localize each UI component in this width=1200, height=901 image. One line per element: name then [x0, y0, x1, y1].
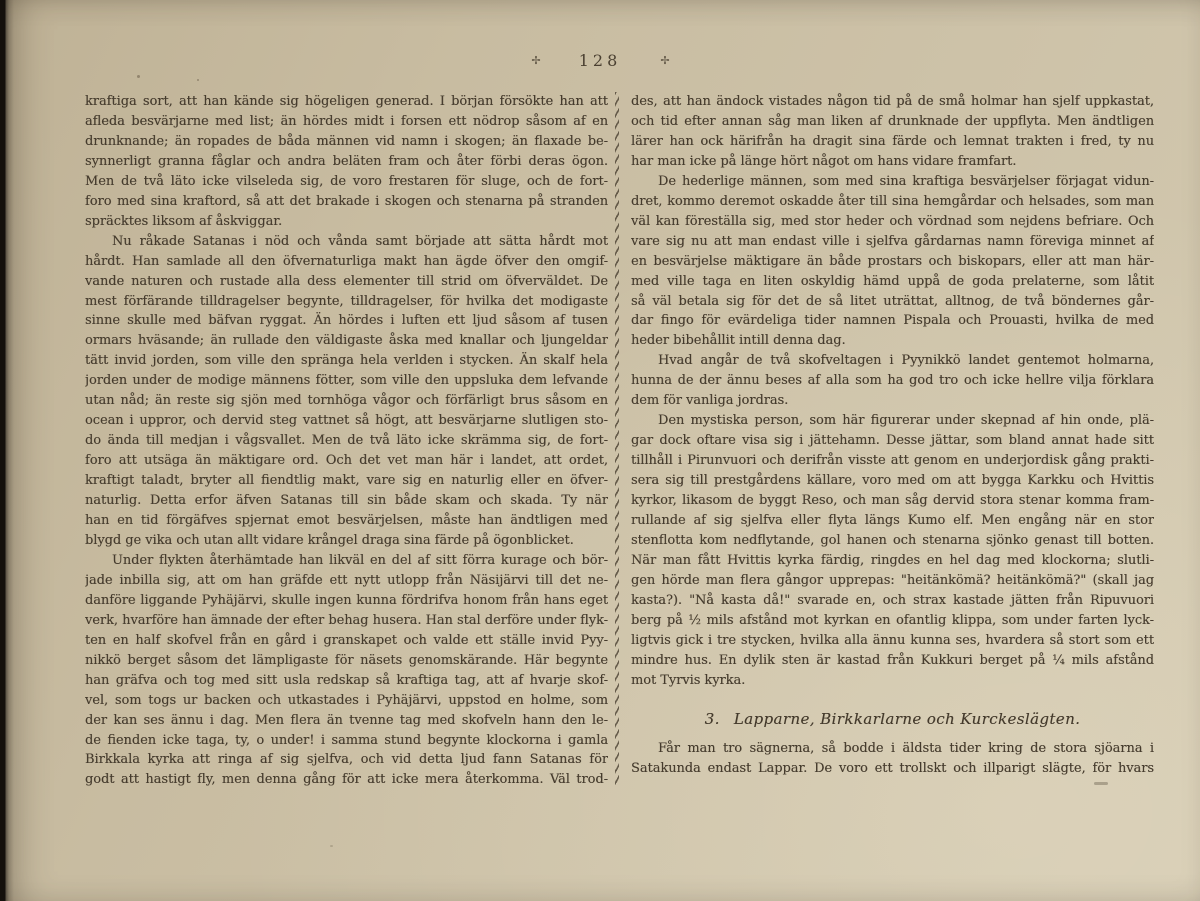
- text-line: dem för vanliga jordras.: [631, 391, 1154, 411]
- text-line: vande naturen och rustade alla dess elem…: [85, 272, 608, 292]
- text-line: väl kan föreställa sig, med stor heder o…: [631, 212, 1154, 232]
- text-line: Birkkala kyrka att ringa af sig sjelfva,…: [85, 750, 608, 770]
- text-line: har man icke på länge hört något om hans…: [631, 152, 1154, 172]
- text-line: Nu råkade Satanas i nöd och vånda samt b…: [85, 232, 608, 252]
- section-heading: 3.Lapparne, Birkkarlarne och Kurckeslägt…: [631, 710, 1154, 730]
- text-line: danföre liggande Pyhäjärvi, skulle ingen…: [85, 591, 608, 611]
- text-line: mindre hus. En dylik sten är kastad från…: [631, 651, 1154, 671]
- text-line: Under flykten återhämtade han likväl en …: [85, 551, 608, 571]
- text-line: hunna de der ännu beses af alla som ha g…: [631, 371, 1154, 391]
- text-line: ocean i uppror, och dervid steg vattnet …: [85, 411, 608, 431]
- column-right-top: des, att han ändock vistades någon tid p…: [631, 92, 1154, 691]
- running-head: ✢ 128 ✢: [0, 50, 1200, 70]
- text-line: Satakunda endast Lappar. De voro ett tro…: [631, 759, 1154, 779]
- dust-speck: [197, 79, 199, 81]
- text-line: sinne skulle med bäfvan ryggat. Än hörde…: [85, 311, 608, 331]
- book-spine-edge: [0, 0, 14, 901]
- text-line: stenflotta kom nedflytande, gol hanen oc…: [631, 531, 1154, 551]
- scanned-book-page: { "page": { "number": "128", "ornament_l…: [0, 0, 1200, 901]
- text-line: verk, hvarföre han ämnade der efter beha…: [85, 611, 608, 631]
- text-line: afleda besvärjarne med list; än hördes m…: [85, 112, 608, 132]
- text-line: godt att hastigt fly, men denna gång för…: [85, 770, 608, 790]
- text-line: De hederlige männen, som med sina krafti…: [631, 172, 1154, 192]
- text-line: tätt invid jorden, som ville den spränga…: [85, 351, 608, 371]
- text-line: så väl betala sig för det de så litet ut…: [631, 292, 1154, 312]
- text-line: kraftigt taladt, bryter all fiendtlig ma…: [85, 471, 608, 491]
- text-line: han gräfva och tog med sitt usla redskap…: [85, 671, 608, 691]
- text-line: Får man tro sägnerna, så bodde i äldsta …: [631, 739, 1154, 759]
- text-line: dar fingo för evärdeliga tider namnen Pi…: [631, 311, 1154, 331]
- text-line: han en tid förgäfves spjernat emot besvä…: [85, 511, 608, 531]
- text-line: des, att han ändock vistades någon tid p…: [631, 92, 1154, 112]
- text-line: Hvad angår de två skofveltagen i Pyynikk…: [631, 351, 1154, 371]
- text-line: Den mystiska person, som här figurerar u…: [631, 411, 1154, 431]
- dust-speck: [137, 75, 140, 78]
- text-line: utan nåd; än reste sig sjön med tornhöga…: [85, 391, 608, 411]
- text-line: ten en half skofvel från en gård i grans…: [85, 631, 608, 651]
- text-line: ligtvis gick i tre stycken, hvilka alla …: [631, 631, 1154, 651]
- column-right: des, att han ändock vistades någon tid p…: [631, 92, 1154, 792]
- section-number: 3.: [705, 710, 720, 728]
- column-left: kraftiga sort, att han kände sig högelig…: [85, 92, 608, 792]
- text-line: med ville taga en liten oskyldig hämd up…: [631, 272, 1154, 292]
- text-line: vel, som togs ur backen och utkastades i…: [85, 691, 608, 711]
- text-line: ormars hväsande; än rullade den väldigas…: [85, 331, 608, 351]
- text-line: dret, kommo deremot oskadde åter till si…: [631, 192, 1154, 212]
- text-line: mest förfärande tilldragelser begynte, t…: [85, 292, 608, 312]
- text-line: blygd ge vika och utan allt vidare krång…: [85, 531, 608, 551]
- text-line: en besvärjelse mäktigare än både prostar…: [631, 252, 1154, 272]
- page-number: 128: [579, 51, 622, 70]
- section-title: Lapparne, Birkkarlarne och Kurckeslägten…: [734, 710, 1081, 728]
- text-line: Men de två läto icke vilseleda sig, de v…: [85, 172, 608, 192]
- text-line: rullande af sig sjelfva eller flyta läng…: [631, 511, 1154, 531]
- text-line: foro att utsäga än mäktigare ord. Och de…: [85, 451, 608, 471]
- text-line: gen hörde man flera gångor upprepas: "he…: [631, 571, 1154, 591]
- text-line: lärer han ock härifrån ha dragit sina fä…: [631, 132, 1154, 152]
- text-line: gar dock oftare visa sig i jättehamn. De…: [631, 431, 1154, 451]
- text-line: synnerligt granna fåglar och andra belät…: [85, 152, 608, 172]
- text-line: drunknande; än ropades de båda männen vi…: [85, 132, 608, 152]
- text-line: kraftiga sort, att han kände sig högelig…: [85, 92, 608, 112]
- column-right-bottom: Får man tro sägnerna, så bodde i äldsta …: [631, 739, 1154, 779]
- text-line: heder bibehållit intill denna dag.: [631, 331, 1154, 351]
- text-line: sera sig till prestgårdens källare, voro…: [631, 471, 1154, 491]
- text-line: jorden under de modige männens fötter, s…: [85, 371, 608, 391]
- text-line: nikkö berget såsom det lämpligaste för n…: [85, 651, 608, 671]
- text-line: der kan ses ännu i dag. Men flera än tve…: [85, 711, 608, 731]
- text-line: vare sig nu att man endast ville i sjelf…: [631, 232, 1154, 252]
- text-line: jade inbilla sig, att om han gräfde ett …: [85, 571, 608, 591]
- text-line: foro med sina kraftord, så att det braka…: [85, 192, 608, 212]
- text-line: och tid efter annan såg man liken af dru…: [631, 112, 1154, 132]
- text-line: hårdt. Han samlade all den öfvernaturlig…: [85, 252, 608, 272]
- text-line: spräcktes liksom af åskviggar.: [85, 212, 608, 232]
- text-line: kasta?). "Nå kasta då!" svarade en, och …: [631, 591, 1154, 611]
- dust-speck: [330, 845, 333, 847]
- text-line: de fienden icke taga, ty, o under! i sam…: [85, 731, 608, 751]
- fleuron-right-icon: ✢: [660, 54, 668, 67]
- text-line: När man fått Hvittis kyrka färdig, ringd…: [631, 551, 1154, 571]
- text-line: do ända till medjan i vågsvallet. Men de…: [85, 431, 608, 451]
- text-line: naturlig. Detta erfor äfven Satanas till…: [85, 491, 608, 511]
- column-divider: [615, 92, 619, 786]
- text-line: berg på ½ mils afstånd mot kyrkan en ofa…: [631, 611, 1154, 631]
- text-line: tillhåll i Pirunvuori och derifrån visst…: [631, 451, 1154, 471]
- fleuron-left-icon: ✢: [531, 54, 539, 67]
- text-line: kyrkor, likasom de byggt Reso, och man s…: [631, 491, 1154, 511]
- text-line: mot Tyrvis kyrka.: [631, 671, 1154, 691]
